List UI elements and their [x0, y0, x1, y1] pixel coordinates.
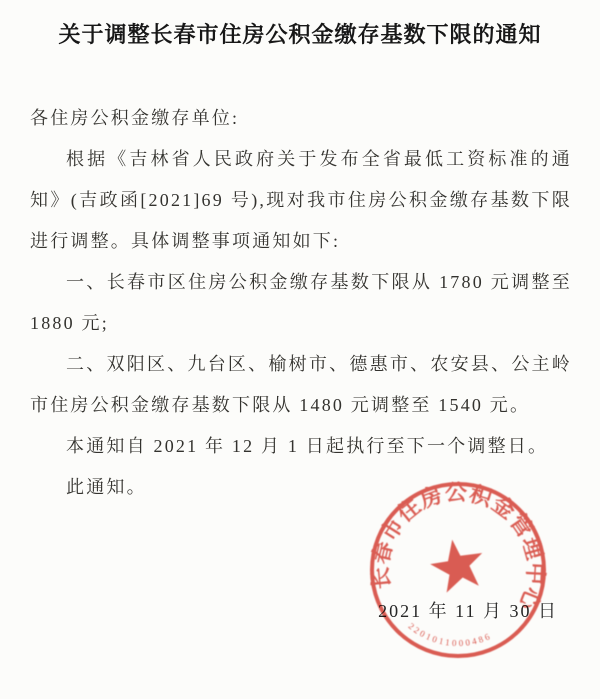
seal-code: 2201011000486 — [406, 621, 493, 648]
scanned-notice-page: 关于调整长春市住房公积金缴存基数下限的通知 各住房公积金缴存单位: 根据《吉林省… — [0, 0, 600, 699]
seal-ring-text: 长春市住房公积金管理中心 — [367, 480, 548, 615]
notice-title: 关于调整长春市住房公积金缴存基数下限的通知 — [38, 18, 562, 51]
star-icon — [430, 540, 482, 593]
official-seal: 长春市住房公积金管理中心 2201011000486 — [338, 466, 588, 697]
paragraph-item-1: 一、长春市区住房公积金缴存基数下限从 1780 元调整至 1880 元; — [30, 262, 572, 344]
paragraph-basis: 根据《吉林省人民政府关于发布全省最低工资标准的通知》(吉政函[2021]69 号… — [30, 139, 572, 262]
salutation-line: 各住房公积金缴存单位: — [30, 98, 572, 139]
paragraph-effective-date: 本通知自 2021 年 12 月 1 日起执行至下一个调整日。 — [30, 426, 572, 467]
paragraph-item-2: 二、双阳区、九台区、榆树市、德惠市、农安县、公主岭市住房公积金缴存基数下限从 1… — [30, 344, 572, 426]
notice-body: 各住房公积金缴存单位: 根据《吉林省人民政府关于发布全省最低工资标准的通知》(吉… — [30, 98, 572, 508]
seal-ring-text-container: 长春市住房公积金管理中心 — [367, 480, 548, 615]
seal-code-container: 2201011000486 — [406, 621, 493, 648]
